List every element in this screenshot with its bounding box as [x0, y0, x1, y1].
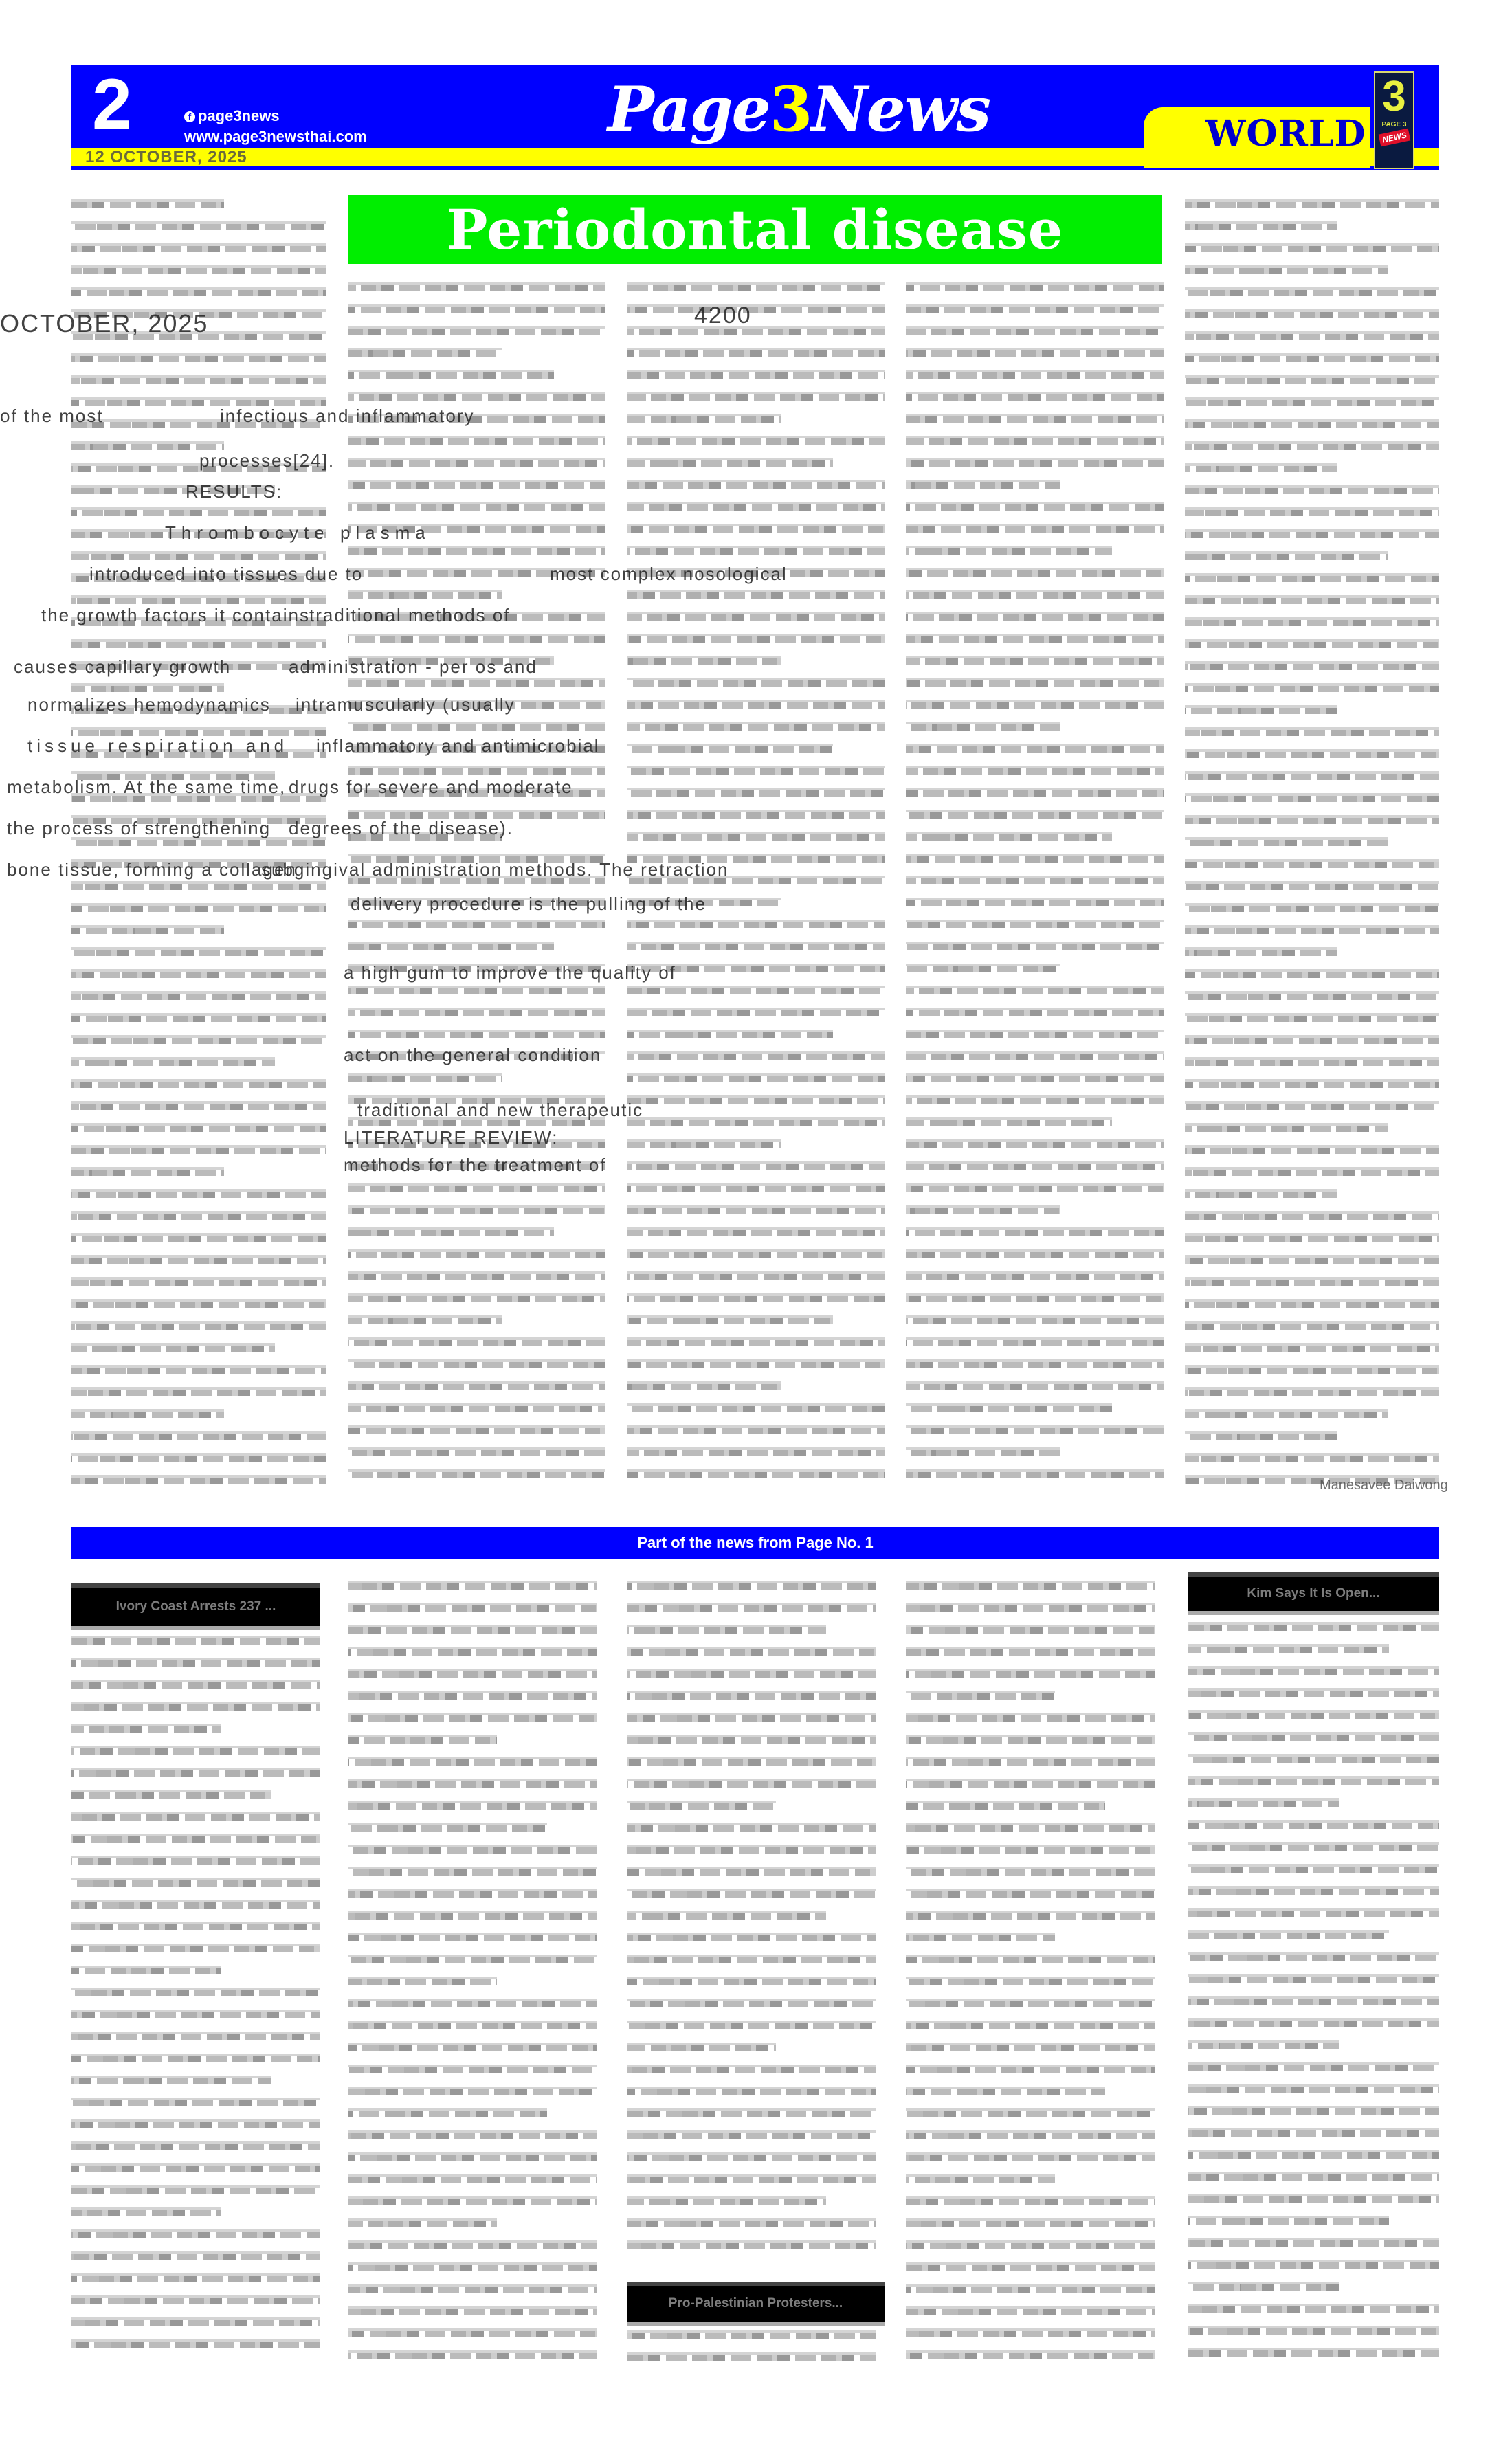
overlay-fragment: traditional methods of	[309, 605, 511, 626]
pixelated-text-line	[1185, 397, 1439, 406]
pixelated-text-line	[627, 744, 833, 753]
pixelated-text-line	[906, 1757, 1155, 1766]
pixelated-text-line	[71, 1453, 326, 1462]
pixelated-text-line	[906, 1779, 1155, 1788]
overlay-fragment: Thrombocyte plasma	[165, 522, 431, 544]
pixelated-text-line	[1185, 1233, 1439, 1242]
pixelated-text-line	[1185, 947, 1337, 956]
pixelated-text-line	[627, 1227, 885, 1236]
overlay-fragment: of the most	[0, 405, 104, 427]
article-headline-box: Periodontal disease	[348, 195, 1162, 264]
pixelated-text-line	[348, 678, 605, 687]
pixelated-text-line	[71, 1702, 320, 1711]
overlay-fragment: causes capillary growth	[14, 656, 231, 678]
pixelated-text-line	[627, 942, 885, 950]
pixelated-text-line	[906, 436, 1164, 445]
pixelated-text-line	[906, 2350, 1155, 2359]
pixelated-text-line	[348, 1403, 605, 1412]
pixelated-text-line	[71, 1343, 275, 1352]
pixelated-text-line	[71, 221, 326, 230]
pixelated-text-line	[71, 639, 326, 648]
overlay-fragment: most complex nosological	[550, 564, 788, 585]
pixelated-text-line	[71, 1079, 326, 1088]
pixelated-text-line	[348, 304, 605, 313]
pixelated-text-line	[906, 590, 1164, 599]
pixelated-text-line	[906, 568, 1164, 577]
pixelated-text-line	[1185, 595, 1439, 604]
pixelated-text-line	[627, 414, 781, 423]
news-headline-box-kim[interactable]: Kim Says It Is Open...	[1188, 1572, 1439, 1615]
pixelated-text-line	[71, 1299, 326, 1308]
pixelated-text-line	[1185, 793, 1439, 802]
pixelated-text-line	[348, 1625, 597, 1634]
pixelated-text-line	[906, 1625, 1155, 1634]
pixelated-text-line	[1185, 639, 1439, 648]
pixelated-text-line	[1185, 1145, 1439, 1154]
pixelated-text-line	[1185, 1387, 1439, 1396]
pixelated-text-line	[627, 1249, 885, 1258]
pixelated-text-line	[1185, 1409, 1388, 1418]
pixelated-text-line	[348, 1381, 605, 1390]
pixelated-text-line	[1188, 1754, 1439, 1763]
pixelated-text-line	[1185, 375, 1439, 384]
pixelated-text-line	[906, 2087, 1105, 2095]
pixelated-text-line	[348, 1073, 502, 1082]
pixelated-text-line	[906, 1315, 1164, 1324]
pixelated-text-line	[1185, 331, 1439, 340]
overlay-fragment: the growth factors it contains	[41, 605, 310, 626]
pixelated-text-line	[71, 2010, 320, 2018]
pixelated-text-line	[627, 2174, 876, 2183]
pixelated-text-line	[627, 634, 885, 643]
pixelated-text-line	[627, 370, 885, 379]
pixelated-text-line	[906, 1337, 1164, 1346]
pixelated-text-line	[348, 1889, 597, 1898]
pixelated-text-line	[627, 1779, 876, 1788]
pixelated-text-line	[1185, 859, 1439, 868]
pixelated-text-line	[627, 2352, 876, 2361]
pixelated-text-line	[627, 2218, 876, 2227]
pixelated-text-line	[906, 1117, 1112, 1126]
pixelated-text-line	[906, 370, 1164, 379]
pixelated-text-line	[71, 683, 224, 692]
pixelated-text-line	[906, 1161, 1164, 1170]
pixelated-text-line	[71, 265, 326, 274]
pixelated-text-line	[71, 881, 326, 890]
pixelated-text-line	[348, 2021, 597, 2029]
pixelated-text-line	[348, 1337, 605, 1346]
pixelated-text-line	[348, 1271, 605, 1280]
pixelated-text-line	[906, 1735, 1155, 1744]
pixelated-text-line	[1188, 1996, 1439, 2005]
pixelated-text-line	[348, 634, 605, 643]
pixelated-text-line	[348, 2306, 597, 2315]
pixelated-text-line	[348, 436, 605, 445]
pixelated-text-line	[906, 942, 1164, 950]
news-headline-box-pro-palestinian[interactable]: Pro-Palestinian Protesters...	[627, 2282, 885, 2326]
pixelated-text-line	[71, 2098, 320, 2106]
badge-news-tag: NEWS	[1378, 129, 1410, 147]
pixelated-text-line	[1185, 661, 1439, 670]
pixelated-text-line	[1188, 2216, 1389, 2225]
pixelated-text-line	[906, 1447, 1060, 1456]
pixelated-text-line	[627, 722, 885, 731]
pixelated-text-line	[906, 876, 1164, 884]
pixelated-text-line	[71, 1724, 221, 1733]
pixelated-text-line	[627, 348, 885, 357]
pixelated-text-line	[906, 2240, 1155, 2249]
pixelated-text-line	[71, 1035, 326, 1044]
pixelated-text-line	[71, 903, 326, 912]
pixelated-text-line	[627, 766, 885, 775]
pixelated-text-line	[348, 458, 605, 467]
section-label: WORLD	[1205, 113, 1366, 155]
pixelated-text-line	[627, 678, 885, 687]
pixelated-text-line	[348, 766, 605, 775]
pixelated-text-line	[906, 414, 1164, 423]
pixelated-text-line	[71, 243, 326, 252]
section-tab: WORLD	[1144, 107, 1370, 168]
pixelated-text-line	[348, 1183, 605, 1192]
pixelated-text-line	[906, 2306, 1155, 2315]
masthead-banner: 2 fpage3news www.page3newsthai.com Page3…	[71, 65, 1439, 168]
issue-date: 12 OCTOBER, 2025	[85, 148, 247, 166]
pixelated-text-line	[71, 2207, 221, 2216]
pixelated-text-line	[71, 441, 224, 450]
pixelated-text-line	[71, 1746, 320, 1755]
pixelated-text-line	[906, 348, 1164, 357]
pixelated-text-line	[71, 551, 326, 560]
pixelated-text-line	[348, 1581, 597, 1590]
pixelated-text-line	[348, 1603, 597, 1612]
pixelated-text-line	[627, 1161, 885, 1170]
pixelated-text-line	[906, 2043, 1155, 2051]
overlay-fragment: subgingival administration methods. The …	[261, 859, 729, 880]
pixelated-text-line	[906, 1691, 1055, 1700]
pixelated-text-line	[627, 1073, 885, 1082]
pixelated-text-line	[627, 436, 885, 445]
pixelated-text-line	[906, 1603, 1155, 1612]
pixelated-text-line	[627, 1183, 885, 1192]
pixelated-text-line	[627, 2330, 876, 2339]
pixelated-text-line	[906, 1205, 1060, 1214]
pixelated-text-line	[71, 507, 326, 516]
pixelated-text-line	[627, 1403, 885, 1412]
pixelated-text-line	[627, 1911, 826, 1920]
pixelated-text-line	[1185, 705, 1337, 714]
pixelated-text-line	[71, 2273, 320, 2282]
pixelated-text-line	[1185, 617, 1439, 626]
pixelated-text-line	[627, 2043, 776, 2051]
pixelated-text-line	[71, 1123, 326, 1132]
overlay-fragment: tissue respiration and	[27, 735, 288, 757]
news-column-1	[71, 1636, 320, 2378]
pixelated-text-line	[1185, 771, 1439, 780]
pixelated-text-line	[627, 1889, 876, 1898]
pixelated-text-line	[906, 1647, 1155, 1656]
pixelated-text-line	[906, 326, 1164, 335]
pixelated-text-line	[906, 1073, 1164, 1082]
continued-news-banner: Part of the news from Page No. 1	[71, 1527, 1439, 1559]
logo-text-left: Page	[608, 73, 770, 146]
pixelated-text-line	[1188, 2128, 1439, 2137]
pixelated-text-line	[348, 2152, 597, 2161]
pixelated-text-line	[348, 282, 605, 291]
pixelated-text-line	[627, 1271, 885, 1280]
pixelated-text-line	[906, 2218, 1155, 2227]
pixelated-text-line	[906, 392, 1164, 401]
news-headline-box-ivory-coast[interactable]: Ivory Coast Arrests 237 ...	[71, 1583, 320, 1630]
pixelated-text-line	[627, 458, 833, 467]
pixelated-text-line	[1185, 485, 1439, 494]
pixelated-text-line	[906, 502, 1164, 511]
overlay-fragment: the process of strengthening	[7, 818, 271, 839]
pixelated-text-line	[348, 1205, 605, 1214]
pixelated-text-line	[906, 2328, 1155, 2337]
pixelated-text-line	[71, 1944, 320, 1952]
pixelated-text-line	[627, 1315, 833, 1324]
pixelated-text-line	[1188, 2238, 1439, 2247]
pixelated-text-line	[627, 1625, 826, 1634]
pixelated-text-line	[348, 1315, 502, 1324]
pixelated-text-line	[348, 1735, 497, 1744]
pixelated-text-line	[906, 2284, 1155, 2293]
pixelated-text-line	[906, 304, 1164, 313]
pixelated-text-line	[348, 1030, 605, 1038]
facebook-link[interactable]: fpage3news	[184, 106, 367, 126]
pixelated-text-line	[627, 1845, 876, 1854]
news-column-3-continued	[627, 2330, 876, 2378]
pixelated-text-line	[348, 326, 605, 335]
pixelated-text-line	[627, 1008, 885, 1016]
pixelated-text-line	[627, 1117, 885, 1126]
pixelated-text-line	[71, 1189, 326, 1198]
pixelated-text-line	[1185, 1189, 1337, 1198]
pixelated-text-line	[348, 722, 605, 731]
pixelated-text-line	[627, 326, 885, 335]
pixelated-text-line	[71, 969, 326, 978]
pixelated-text-line	[627, 700, 885, 709]
pixelated-text-line	[1185, 1299, 1439, 1308]
pixelated-text-line	[1185, 881, 1439, 890]
pixelated-text-line	[627, 1933, 876, 1941]
pixelated-text-line	[627, 1691, 876, 1700]
facebook-icon: f	[184, 111, 195, 122]
overlay-fragment: methods for the treatment of	[344, 1155, 607, 1176]
pixelated-text-line	[348, 2350, 597, 2359]
pixelated-text-line	[906, 2021, 1155, 2029]
pixelated-text-line	[1185, 199, 1439, 208]
pixelated-text-line	[906, 1955, 1155, 1963]
pixelated-text-line	[348, 1713, 597, 1722]
pixelated-text-line	[906, 1823, 1155, 1832]
page3-badge-logo: 3 PAGE 3 NEWS	[1374, 71, 1414, 169]
pixelated-text-line	[627, 1603, 876, 1612]
social-links: fpage3news www.page3newsthai.com	[184, 106, 367, 147]
pixelated-text-line	[348, 1955, 597, 1963]
pixelated-text-line	[627, 1205, 885, 1214]
pixelated-text-line	[627, 1977, 876, 1985]
pixelated-text-line	[627, 502, 885, 511]
pixelated-text-line	[906, 1249, 1164, 1258]
pixelated-text-line	[71, 1321, 326, 1330]
pixelated-text-line	[1185, 1035, 1439, 1044]
pixelated-text-line	[71, 1277, 326, 1286]
pixelated-text-line	[1185, 1255, 1439, 1264]
pixelated-text-line	[1185, 1321, 1439, 1330]
pixelated-text-line	[906, 788, 1164, 797]
pixelated-text-line	[906, 1845, 1155, 1854]
facebook-label: page3news	[198, 107, 280, 124]
pixelated-text-line	[348, 2174, 597, 2183]
pixelated-text-line	[348, 2196, 597, 2205]
overlay-fragment: a high gum to improve the quality of	[344, 962, 676, 983]
pixelated-text-line	[71, 1101, 326, 1110]
overlay-fragment: metabolism. At the same time,	[7, 777, 286, 798]
pixelated-text-line	[348, 1227, 554, 1236]
pixelated-text-line	[906, 832, 1112, 841]
pixelated-text-line	[627, 1139, 781, 1148]
pixelated-text-line	[627, 1647, 876, 1656]
pixelated-text-line	[627, 2196, 826, 2205]
pixelated-text-line	[1185, 1101, 1439, 1110]
pixelated-text-line	[71, 1167, 224, 1176]
overlay-fragment: delivery procedure is the pulling of the	[351, 893, 707, 915]
pixelated-text-line	[71, 991, 326, 1000]
overlay-fragment: degrees of the disease).	[289, 818, 513, 839]
pixelated-text-line	[71, 2141, 320, 2150]
pixelated-text-line	[71, 1658, 320, 1667]
news-column-5	[1188, 1622, 1439, 2378]
pixelated-text-line	[627, 2108, 876, 2117]
pixelated-text-line	[1185, 353, 1439, 362]
pixelated-text-line	[71, 287, 326, 296]
pixelated-text-line	[348, 546, 605, 555]
article-column-3	[627, 282, 885, 1498]
logo-text-right: News	[811, 73, 990, 146]
pixelated-text-line	[906, 1713, 1155, 1722]
pixelated-text-line	[906, 1669, 1155, 1678]
pixelated-text-line	[627, 1735, 876, 1744]
website-link[interactable]: www.page3newsthai.com	[184, 126, 367, 147]
pixelated-text-line	[71, 2076, 271, 2084]
pixelated-text-line	[1188, 1820, 1439, 1829]
pixelated-text-line	[1185, 463, 1337, 472]
pixelated-text-line	[348, 370, 554, 379]
pixelated-text-line	[906, 458, 1164, 467]
pixelated-text-line	[627, 612, 885, 621]
badge-caption: PAGE 3	[1375, 121, 1413, 129]
continued-news-label: Part of the news from Page No. 1	[637, 1534, 874, 1552]
pixelated-text-line	[906, 1425, 1164, 1434]
pixelated-text-line	[71, 2119, 320, 2128]
pixelated-text-line	[906, 2130, 1155, 2139]
pixelated-text-line	[1188, 1688, 1439, 1697]
pixelated-text-line	[71, 1057, 275, 1066]
pixelated-text-line	[1188, 2084, 1439, 2093]
pixelated-text-line	[1188, 1974, 1439, 1983]
pixelated-text-line	[627, 1955, 876, 1963]
pixelated-text-line	[627, 1381, 781, 1390]
pixelated-text-line	[1188, 2018, 1439, 2027]
article-column-5	[1185, 199, 1439, 1498]
pixelated-text-line	[1185, 1013, 1439, 1022]
overlay-fragment: traditional and new therapeutic	[357, 1100, 643, 1121]
pixelated-text-line	[71, 1856, 320, 1865]
pixelated-text-line	[627, 392, 885, 401]
article-column-2	[348, 282, 605, 1498]
pixelated-text-line	[627, 2130, 876, 2139]
pixelated-text-line	[71, 1409, 224, 1418]
article-column-4	[906, 282, 1164, 1498]
pixelated-text-line	[348, 392, 605, 401]
overlay-fragment: processes[24].	[199, 450, 335, 471]
pixelated-text-line	[1185, 507, 1439, 516]
pixelated-text-line	[1188, 1842, 1439, 1851]
pixelated-text-line	[348, 502, 605, 511]
pixelated-text-line	[1185, 837, 1388, 846]
badge-digit: 3	[1375, 73, 1413, 121]
pixelated-text-line	[348, 590, 502, 599]
pixelated-text-line	[1188, 1666, 1439, 1675]
pixelated-text-line	[1188, 1732, 1439, 1741]
pixelated-text-line	[348, 1845, 597, 1854]
pixelated-text-line	[906, 1095, 1164, 1104]
pixelated-text-line	[71, 1878, 320, 1887]
overlay-fragment: infectious and inflammatory	[220, 405, 474, 427]
pixelated-text-line	[906, 1801, 1105, 1810]
pixelated-text-line	[1185, 1123, 1388, 1132]
pixelated-text-line	[71, 1966, 221, 1974]
pixelated-text-line	[906, 1139, 1164, 1148]
pixelated-text-line	[906, 766, 1164, 775]
pixelated-text-line	[348, 1008, 605, 1016]
pixelated-text-line	[1188, 1644, 1389, 1653]
pixelated-text-line	[906, 1469, 1164, 1478]
pixelated-text-line	[1185, 243, 1439, 252]
pixelated-text-line	[627, 1867, 876, 1876]
pixelated-text-line	[1185, 529, 1439, 538]
pixelated-text-line	[348, 2240, 597, 2249]
pixelated-text-line	[906, 480, 1060, 489]
pixelated-text-line	[627, 1051, 885, 1060]
pixelated-text-line	[71, 2163, 320, 2172]
pixelated-text-line	[348, 1359, 605, 1368]
pixelated-text-line	[906, 1008, 1164, 1016]
overlay-fragment: RESULTS:	[186, 481, 282, 502]
pixelated-text-line	[627, 1337, 885, 1346]
logo-digit: 3	[770, 73, 812, 146]
pixelated-text-line	[71, 2229, 320, 2238]
pixelated-text-line	[906, 678, 1164, 687]
pixelated-text-line	[627, 986, 885, 994]
pixelated-text-line	[906, 2196, 1155, 2205]
pixelated-text-line	[1188, 2194, 1439, 2203]
news-headline: Ivory Coast Arrests 237 ...	[116, 1599, 276, 1614]
pixelated-text-line	[1185, 309, 1439, 318]
pixelated-text-line	[71, 925, 224, 934]
pixelated-text-line	[627, 590, 885, 599]
pixelated-text-line	[1185, 969, 1439, 978]
article-headline: Periodontal disease	[446, 197, 1063, 262]
pixelated-text-line	[1185, 925, 1439, 934]
pixelated-text-line	[906, 1271, 1164, 1280]
pixelated-text-line	[906, 744, 1164, 753]
pixelated-text-line	[348, 348, 502, 357]
pixelated-text-line	[348, 1425, 605, 1434]
pixelated-text-line	[627, 1757, 876, 1766]
pixelated-text-line	[1185, 1343, 1439, 1352]
